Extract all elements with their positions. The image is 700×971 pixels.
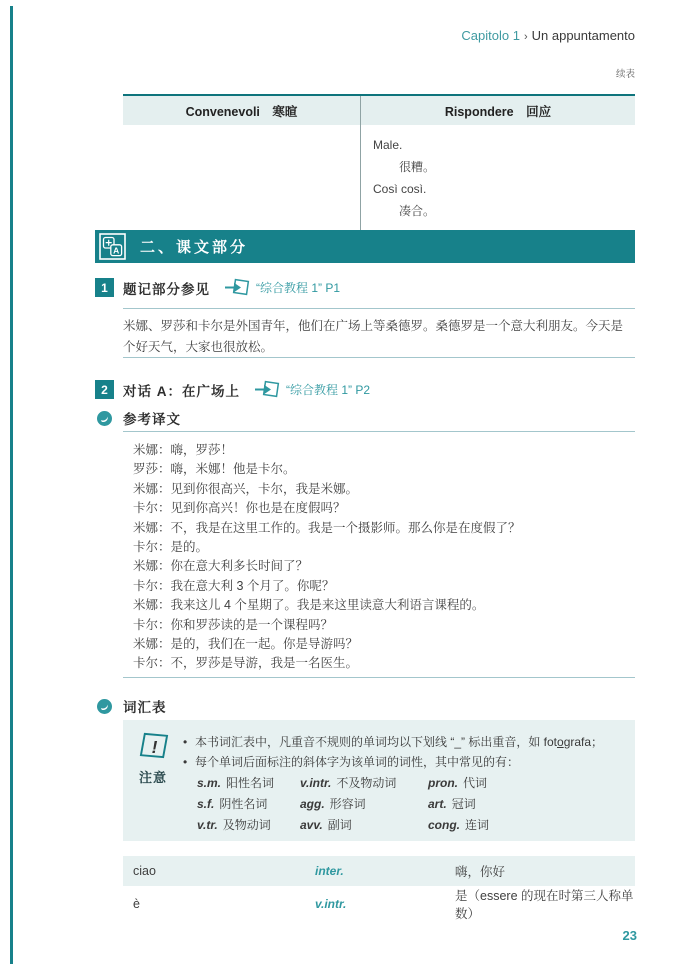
vocabulary-table: ciao inter. 嗨，你好 è v.intr. 是（essere 的现在时… [123,856,635,916]
abbreviation-cell: s.f.阴性名词 [197,794,300,815]
vocab-row: è v.intr. 是（essere 的现在时第三人称单数） [123,886,635,916]
divider-line [123,357,635,358]
abbreviation-grid: s.m.阳性名词 v.intr.不及物动词 pron.代词 s.f.阴性名词 a… [197,773,603,836]
numbered-item-2: 2 对话 A：在广场上 “综合教程 1” P2 [95,379,370,400]
abbreviation-cell: v.tr.及物动词 [197,815,300,836]
swoosh-circle-icon [97,411,112,426]
table-continued-label: 续表 [616,66,635,80]
dialogue-line: 米娜：你在意大利多长时间了？ [133,557,633,576]
vocab-pos: v.intr. [315,897,455,911]
vocab-meaning: 嗨，你好 [455,862,635,880]
numbered-item-1: 1 题记部分参见 “综合教程 1” P1 [95,277,340,298]
divider-line [123,431,635,432]
item-number-badge: 2 [95,380,114,399]
column-header-rispondere: Rispondere 回应 [360,96,635,125]
dialogue-line: 卡尔：不，罗莎是导游，我是一名医生。 [133,654,633,673]
dialogue-line: 米娜：嗨，罗莎！ [133,441,633,460]
textbook-page: Capitolo 1›Un appuntamento 续表 Convenevol… [0,0,700,971]
dialogue-line: 卡尔：见到你高兴！你也是在度假吗？ [133,499,633,518]
section-banner: A 二、课文部分 [95,230,635,263]
sub-heading-label: 词汇表 [123,696,167,716]
svg-text:A: A [113,246,119,256]
abbreviation-cell: s.m.阳性名词 [197,773,300,794]
chapter-label: Capitolo 1 [461,28,520,43]
response-line: Male. [373,134,635,156]
dialogue-line: 米娜：是的，我们在一起。你是导游吗？ [133,635,633,654]
convenevoli-cell-empty [123,125,360,232]
dialogue-line: 卡尔：是的。 [133,538,633,557]
note-icon-column: ! 注意 [123,720,183,841]
translate-icon: A [99,233,126,260]
response-line: 很糟。 [373,156,635,178]
dialogue-line: 米娜：不，我是在这里工作的。我是一个摄影师。那么你是在度假了？ [133,519,633,538]
divider-line [123,677,635,678]
book-title: Un appuntamento [532,28,635,43]
abbreviation-cell: v.intr.不及物动词 [300,773,428,794]
left-edge-accent-bar [10,6,13,964]
alert-exclamation-icon: ! [137,747,170,764]
abbreviation-cell: agg.形容词 [300,794,428,815]
dialogue-translation: 米娜：嗨，罗莎！ 罗莎：嗨，米娜！他是卡尔。 米娜：见到你很高兴，卡尔，我是米娜… [133,441,633,674]
abbreviation-cell: art.冠词 [428,794,603,815]
reference-translation-heading: 参考译文 [97,408,181,428]
rispondere-cell: Male. 很糟。 Così così. 凑合。 [360,125,635,232]
greetings-table: Convenevoli 寒暄 Rispondere 回应 Male. 很糟。 C… [123,94,635,232]
abbreviation-cell: pron.代词 [428,773,603,794]
dialogue-line: 米娜：我来这儿 4 个星期了。我是来这里读意大利语言课程的。 [133,596,633,615]
response-line: 凑合。 [373,200,635,222]
note-text: 本书词汇表中，凡重音不规则的单词均以下划线 “_” 标出重音，如 fot [195,735,557,749]
vocab-pos: inter. [315,864,455,878]
vocab-word: ciao [133,864,315,878]
page-header: Capitolo 1›Un appuntamento [461,28,635,43]
vocab-word: è [133,897,315,911]
item-number-badge: 1 [95,278,114,297]
note-bullet-2: 每个单词后面标注的斜体字为该单词的词性，其中常见的有： [183,752,603,772]
goto-page-icon [254,379,280,400]
sub-heading-label: 参考译文 [123,408,181,428]
note-bullet-1: 本书词汇表中，凡重音不规则的单词均以下划线 “_” 标出重音，如 fotogra… [183,732,603,752]
intro-paragraph: 米娜、罗莎和卡尔是外国青年，他们在广场上等桑德罗。桑德罗是一个意大利朋友。今天是… [123,316,635,358]
abbreviation-cell: avv.副词 [300,815,428,836]
textbook-reference: “综合教程 1” P1 [256,279,340,296]
note-label: 注意 [123,767,183,786]
note-box: ! 注意 本书词汇表中，凡重音不规则的单词均以下划线 “_” 标出重音，如 fo… [123,720,635,841]
response-line: Così così. [373,178,635,200]
dialogue-line: 卡尔：我在意大利 3 个月了。你呢？ [133,577,633,596]
underlined-stress-vowel: o [557,735,564,749]
vocabulary-heading: 词汇表 [97,696,167,716]
vocab-meaning: 是（essere 的现在时第三人称单数） [455,886,635,922]
column-header-convenevoli: Convenevoli 寒暄 [123,96,360,125]
dialogue-line: 罗莎：嗨，米娜！他是卡尔。 [133,460,633,479]
header-separator: › [524,31,528,43]
section-title: 二、课文部分 [140,236,248,257]
page-number: 23 [623,928,637,943]
goto-page-icon [224,277,250,298]
greetings-table-header-row: Convenevoli 寒暄 Rispondere 回应 [123,96,635,125]
note-content: 本书词汇表中，凡重音不规则的单词均以下划线 “_” 标出重音，如 fotogra… [183,720,603,841]
item-title: 对话 A：在广场上 [123,380,240,400]
note-text: grafa； [564,735,603,749]
svg-text:!: ! [151,737,157,757]
vocab-row: ciao inter. 嗨，你好 [123,856,635,886]
item-title: 题记部分参见 [123,278,210,298]
abbreviation-cell: cong.连词 [428,815,603,836]
swoosh-circle-icon [97,699,112,714]
divider-line [123,308,635,309]
textbook-reference: “综合教程 1” P2 [286,381,370,398]
dialogue-line: 米娜：见到你很高兴，卡尔，我是米娜。 [133,480,633,499]
greetings-table-body-row: Male. 很糟。 Così così. 凑合。 [123,125,635,232]
dialogue-line: 卡尔：你和罗莎读的是一个课程吗？ [133,616,633,635]
